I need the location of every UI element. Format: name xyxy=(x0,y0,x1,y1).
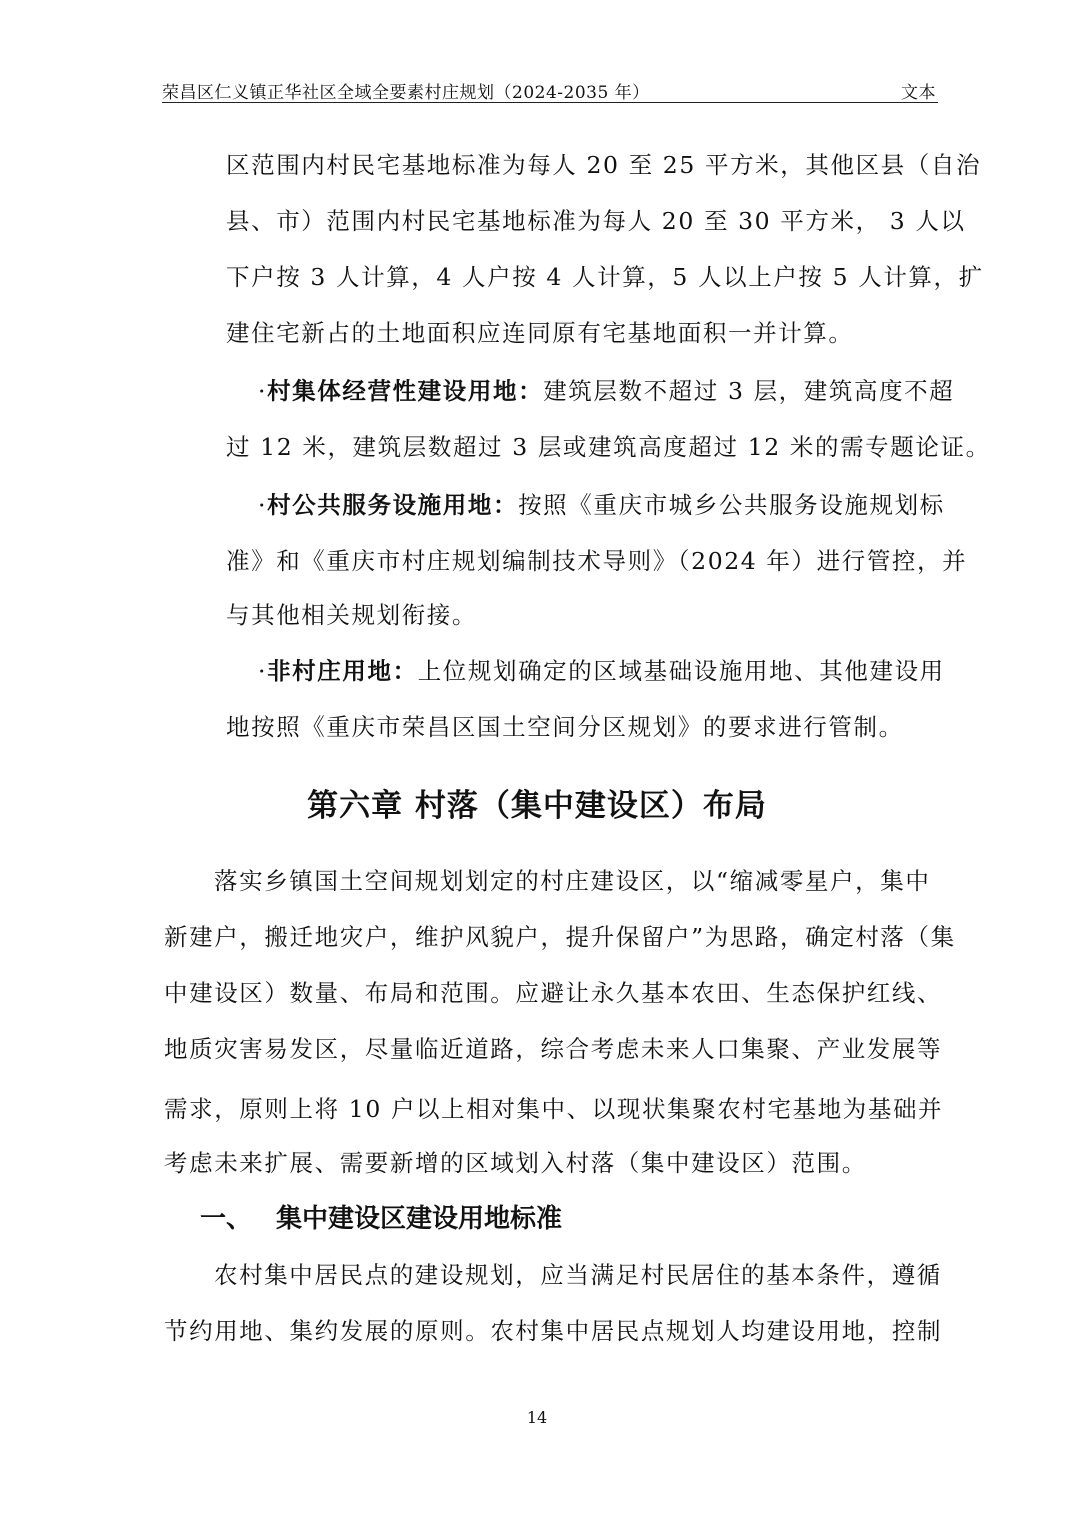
section-title: 集中建设区建设用地标准 xyxy=(276,1204,562,1234)
item-term: 非村庄用地： xyxy=(267,657,418,685)
list-item-collective-commercial-land: ·村集体经营性建设用地：建筑层数不超过 3 层，建筑高度不超 xyxy=(258,372,954,406)
chapter-title: 第六章 村落（集中建设区）布局 xyxy=(0,780,1074,825)
intro-line: 下户按 3 人计算，4 人户按 4 人计算，5 人以上户按 5 人计算，扩 xyxy=(226,258,984,292)
section-number: 一、 xyxy=(200,1198,276,1235)
intro-line: 县、市）范围内村民宅基地标准为每人 20 至 30 平方米， 3 人以 xyxy=(226,202,966,236)
running-header: 荣昌区仁义镇正华社区全域全要素村庄规划（2024-2035 年） 文本 xyxy=(162,76,938,103)
page-number: 14 xyxy=(0,1408,1074,1427)
chapter-paragraph-line: 新建户，搬迁地灾户，维护风貌户，提升保留户”为思路，确定村落（集 xyxy=(164,918,956,952)
chapter-paragraph-line: 中建设区）数量、布局和范围。应避让永久基本农田、生态保护红线、 xyxy=(164,974,942,1008)
chapter-paragraph-line: 需求，原则上将 10 户以上相对集中、以现状集聚农村宅基地为基础并 xyxy=(164,1090,943,1124)
item-text: 建筑层数不超过 3 层，建筑高度不超 xyxy=(543,377,954,405)
intro-line: 建住宅新占的土地面积应连同原有宅基地面积一并计算。 xyxy=(226,314,854,348)
item-continuation: 过 12 米，建筑层数超过 3 层或建筑高度超过 12 米的需专题论证。 xyxy=(226,428,991,462)
item-text: 按照《重庆市城乡公共服务设施规划标 xyxy=(518,491,945,519)
bullet: · xyxy=(258,377,267,405)
document-type: 文本 xyxy=(901,78,936,103)
list-item-non-village-land: ·非村庄用地：上位规划确定的区域基础设施用地、其他建设用 xyxy=(258,652,945,686)
bullet: · xyxy=(258,491,267,519)
item-term: 村集体经营性建设用地： xyxy=(267,377,543,405)
section-heading: 一、集中建设区建设用地标准 xyxy=(200,1198,562,1235)
item-term: 村公共服务设施用地： xyxy=(267,491,518,519)
list-item-public-service-land: ·村公共服务设施用地：按照《重庆市城乡公共服务设施规划标 xyxy=(258,486,945,520)
section-paragraph-line: 节约用地、集约发展的原则。农村集中居民点规划人均建设用地，控制 xyxy=(164,1312,942,1346)
chapter-paragraph-line: 考虑未来扩展、需要新增的区域划入村落（集中建设区）范围。 xyxy=(164,1144,867,1178)
chapter-paragraph-line: 落实乡镇国土空间规划划定的村庄建设区，以“缩减零星户，集中 xyxy=(214,862,930,896)
bullet: · xyxy=(258,657,267,685)
item-text: 上位规划确定的区域基础设施用地、其他建设用 xyxy=(418,657,945,685)
chapter-paragraph-line: 地质灾害易发区，尽量临近道路，综合考虑未来人口集聚、产业发展等 xyxy=(164,1030,942,1064)
intro-line: 区范围内村民宅基地标准为每人 20 至 25 平方米，其他区县（自治 xyxy=(226,146,981,180)
document-title: 荣昌区仁义镇正华社区全域全要素村庄规划（2024-2035 年） xyxy=(162,78,650,103)
section-paragraph-line: 农村集中居民点的建设规划，应当满足村民居住的基本条件，遵循 xyxy=(214,1256,942,1290)
item-continuation: 准》和《重庆市村庄规划编制技术导则》（2024 年）进行管控，并 xyxy=(226,542,967,576)
item-continuation: 地按照《重庆市荣昌区国土空间分区规划》的要求进行管制。 xyxy=(226,708,904,742)
item-continuation: 与其他相关规划衔接。 xyxy=(226,596,477,630)
